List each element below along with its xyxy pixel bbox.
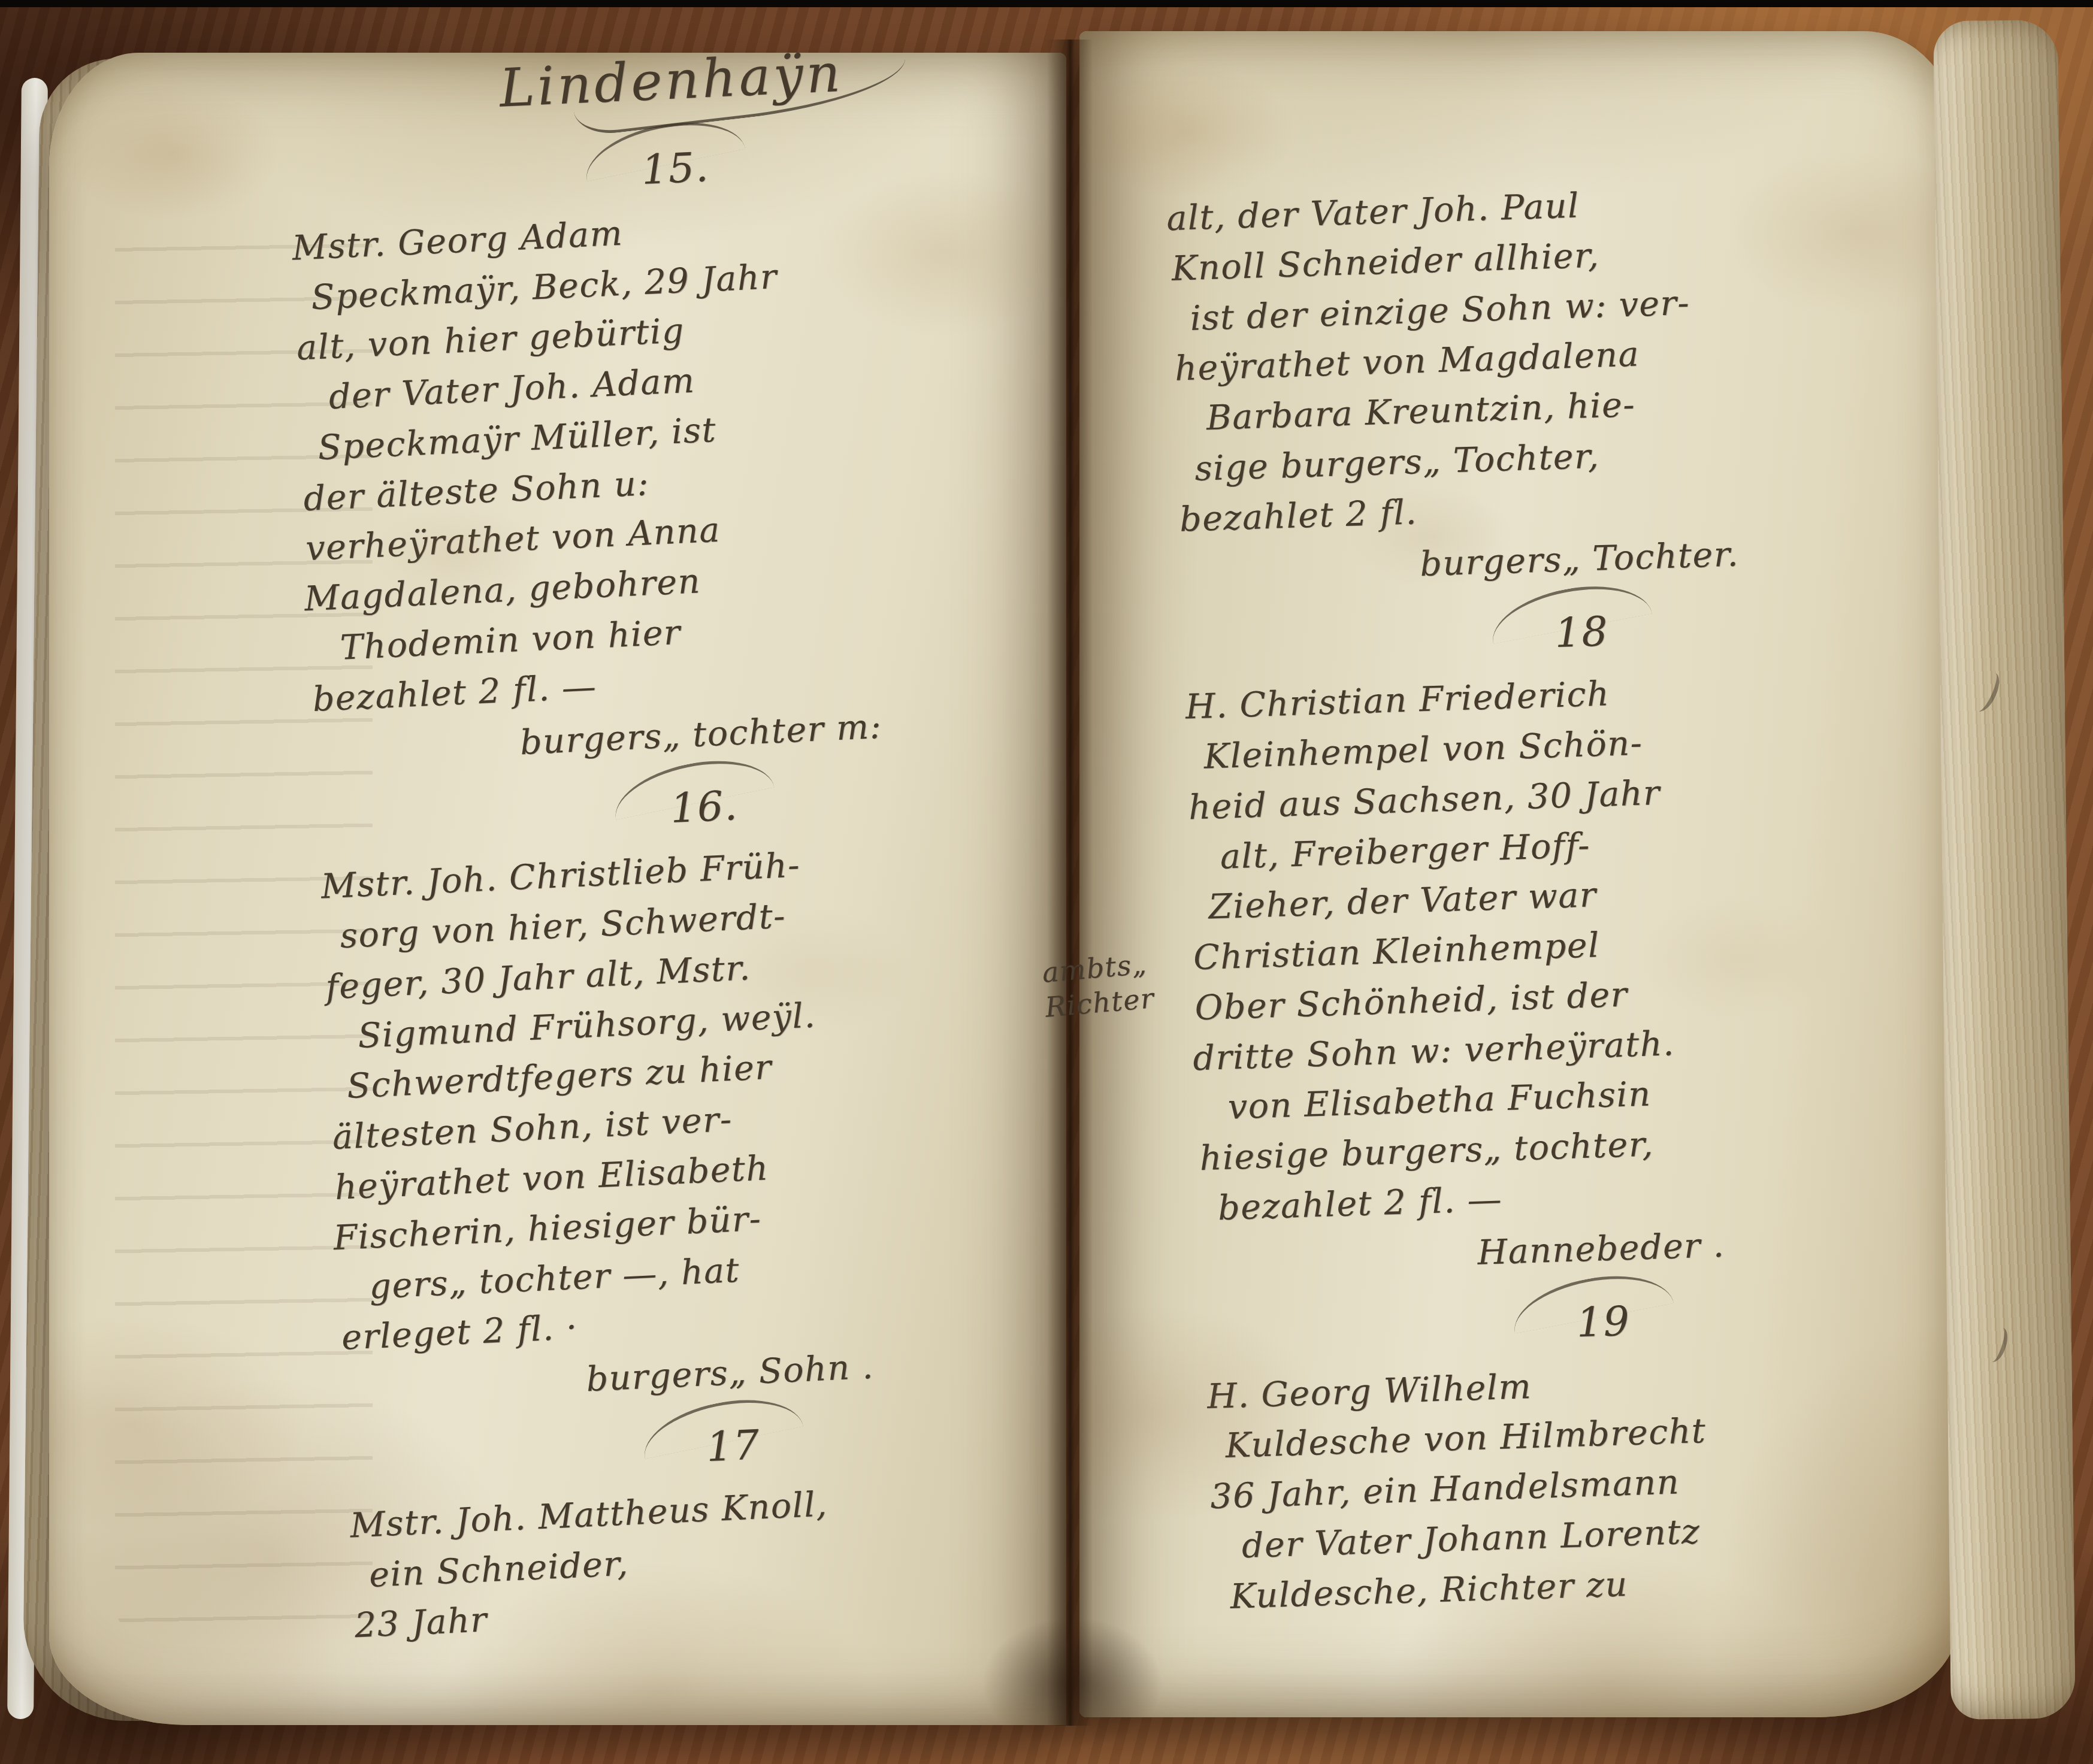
register-entry: 17Mstr. Joh. Mattheus Knoll,ein Schneide… — [346, 1399, 1066, 1651]
left-page: Lindenhaÿn 15.Mstr. Georg AdamSpeckmaÿr,… — [49, 53, 1066, 1725]
register-entry: 18H. Christian FriederichKleinhempel von… — [1182, 591, 1959, 1287]
right-page-entries: 18H. Christian FriederichKleinhempel von… — [1182, 591, 1959, 1623]
margin-note: ambts„ Richter — [1041, 946, 1156, 1025]
register-entry: 15.Mstr. Georg AdamSpeckmaÿr, Beck, 29 J… — [288, 122, 1066, 777]
photograph-of-open-register-book: Lindenhaÿn 15.Mstr. Georg AdamSpeckmaÿr,… — [0, 0, 2093, 1764]
register-entry: 16.Mstr. Joh. Christlieb Früh-sorg von h… — [317, 761, 1066, 1417]
left-page-entries: 15.Mstr. Georg AdamSpeckmaÿr, Beck, 29 J… — [288, 122, 1066, 1651]
right-page-text-block: alt, der Vater Joh. PaulKnoll Schneider … — [1169, 169, 1959, 1625]
register-entry: 19H. Georg WilhelmKuldesche von Hilmbrec… — [1204, 1280, 1959, 1623]
right-page: alt, der Vater Joh. PaulKnoll Schneider … — [1079, 31, 1959, 1717]
book-gutter-shadow — [1047, 40, 1093, 1726]
gutter-bottom-shadow — [982, 1617, 1162, 1749]
entry-17-continuation: alt, der Vater Joh. PaulKnoll Schneider … — [1169, 169, 1959, 598]
fore-edge-page-stack — [1933, 20, 2076, 1720]
left-page-text-block: Lindenhaÿn 15.Mstr. Georg AdamSpeckmaÿr,… — [284, 53, 1066, 1654]
photo-top-black-edge — [0, 0, 2093, 7]
